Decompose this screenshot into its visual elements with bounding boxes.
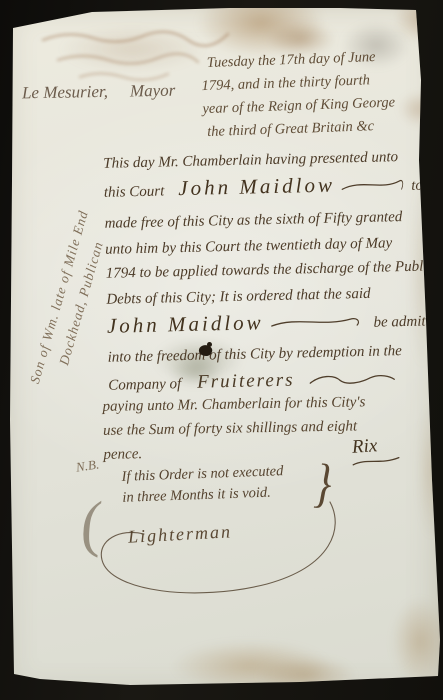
- order-text-pre: Company of: [108, 376, 181, 395]
- mayor-name: Le Mesurier,: [22, 82, 108, 103]
- date-heading: Tuesday the 17th day of June 1794, and i…: [200, 44, 441, 144]
- order-line-name2: John Maidlow be admitted: [107, 306, 443, 339]
- pen-flourish: [269, 311, 367, 331]
- order-text-post: be admitted: [373, 313, 443, 332]
- order-text: This day Mr. Chamberlain having presente…: [103, 146, 440, 154]
- manuscript-photo: Le Mesurier, Mayor Tuesday the 17th day …: [0, 0, 443, 700]
- order-text-pre: this Court: [104, 183, 165, 201]
- order-line: Debts of this City; It is ordered that t…: [106, 284, 443, 309]
- clerk-signature: Rix: [351, 435, 378, 459]
- order-line: 1794 to be applied towards the discharge…: [106, 258, 443, 283]
- order-line-name1: this Court John Maidlow to be: [104, 170, 441, 203]
- nb-label: N.B.: [75, 456, 100, 475]
- order-line: This day Mr. Chamberlain having presente…: [103, 148, 440, 173]
- order-line: into the freedom of this City by redempt…: [107, 342, 443, 367]
- ink-blot-speck: [207, 342, 212, 347]
- oval-flourish: [92, 498, 342, 598]
- company-name: Fruiterers: [197, 370, 295, 394]
- pen-flourish: [308, 370, 398, 388]
- order-text-post: to be: [411, 177, 441, 195]
- freeman-name: John Maidlow: [107, 310, 264, 339]
- mayor-attestation: Le Mesurier, Mayor: [22, 81, 176, 104]
- order-line: unto him by this Court the twentieth day…: [105, 234, 442, 259]
- mayor-title: Mayor: [130, 81, 176, 102]
- paper-sheet: Le Mesurier, Mayor Tuesday the 17th day …: [0, 0, 443, 700]
- order-line: made free of this City as the sixth of F…: [104, 208, 441, 233]
- signature-underline-flourish: [351, 454, 402, 469]
- pen-flourish: [341, 174, 406, 193]
- freeman-name: John Maidlow: [178, 173, 335, 202]
